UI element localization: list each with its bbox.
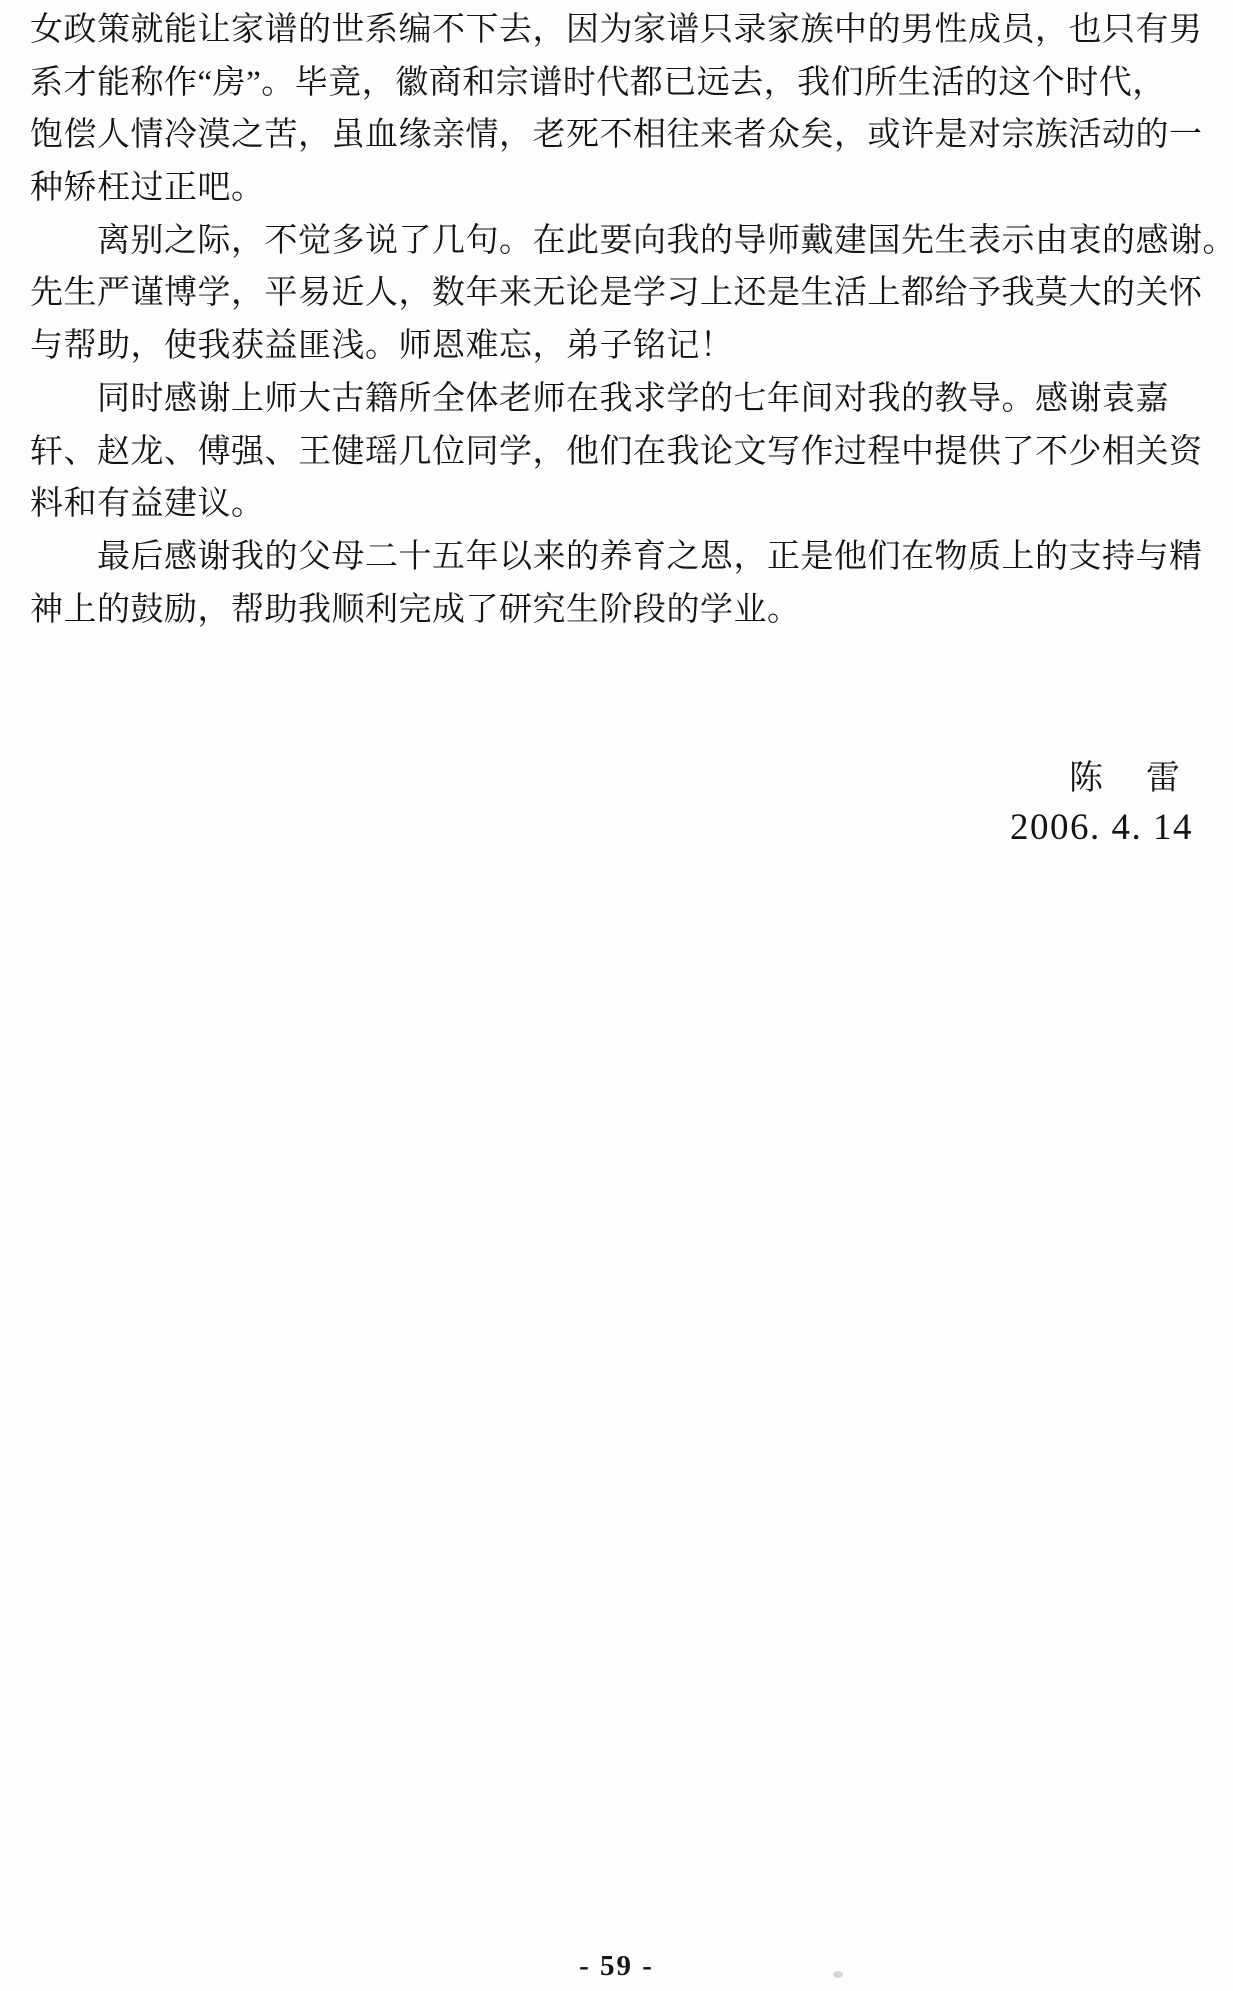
text-line: 料和有益建议。 bbox=[30, 478, 1220, 531]
text-line: 同时感谢上师大古籍所全体老师在我求学的七年间对我的教导。感谢袁嘉 bbox=[30, 373, 1220, 426]
text-line: 饱偿人情冷漠之苦，虽血缘亲情，老死不相往来者众矣，或许是对宗族活动的一 bbox=[30, 109, 1220, 162]
signature-given-name: 雷 bbox=[1146, 760, 1181, 797]
scan-artifact-speck bbox=[833, 1971, 843, 1978]
signature-name: 陈雷 bbox=[1069, 750, 1181, 799]
text-line: 与帮助，使我获益匪浅。师恩难忘，弟子铭记！ bbox=[30, 320, 1220, 373]
body-text: 女政策就能让家谱的世系编不下去，因为家谱只录家族中的男性成员，也只有男 系才能称… bbox=[30, 4, 1220, 636]
text-line: 最后感谢我的父母二十五年以来的养育之恩，正是他们在物质上的支持与精 bbox=[30, 531, 1220, 584]
text-line: 系才能称作“房”。毕竟，徽商和宗谱时代都已远去，我们所生活的这个时代， bbox=[30, 57, 1220, 110]
signature-family-name: 陈 bbox=[1069, 760, 1104, 797]
document-page: 女政策就能让家谱的世系编不下去，因为家谱只录家族中的男性成员，也只有男 系才能称… bbox=[0, 0, 1233, 1991]
date: 2006. 4. 14 bbox=[1010, 806, 1193, 849]
text-line: 先生严谨博学，平易近人，数年来无论是学习上还是生活上都给予我莫大的关怀 bbox=[30, 267, 1220, 320]
text-line: 女政策就能让家谱的世系编不下去，因为家谱只录家族中的男性成员，也只有男 bbox=[30, 4, 1220, 57]
text-line: 神上的鼓励，帮助我顺利完成了研究生阶段的学业。 bbox=[30, 584, 1220, 637]
text-line: 离别之际，不觉多说了几句。在此要向我的导师戴建国先生表示由衷的感谢。 bbox=[30, 215, 1220, 268]
page-number: - 59 - bbox=[0, 1950, 1233, 1983]
text-line: 种矫枉过正吧。 bbox=[30, 162, 1220, 215]
text-line: 轩、赵龙、傅强、王健瑶几位同学，他们在我论文写作过程中提供了不少相关资 bbox=[30, 426, 1220, 479]
